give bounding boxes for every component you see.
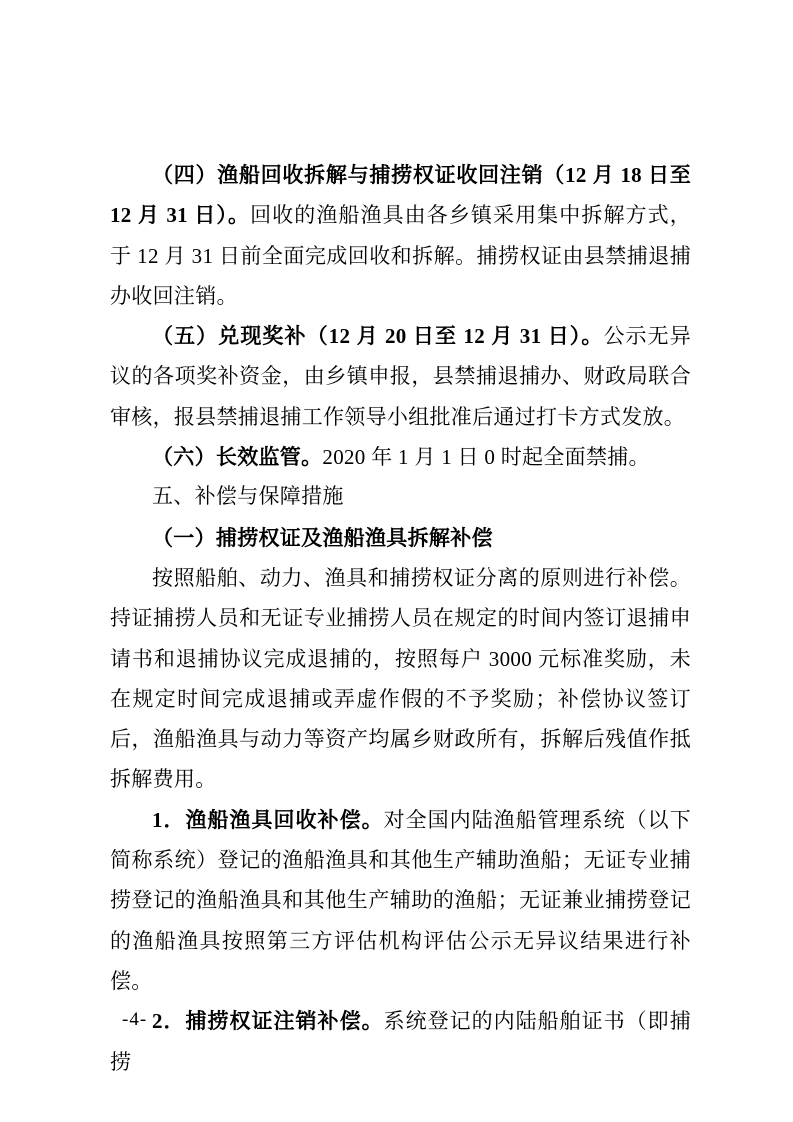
paragraph-item-6-long-term-supervision: （六）长效监管。2020 年 1 月 1 日 0 时起全面禁捕。 (110, 437, 691, 477)
paragraph-item-2-license-cancellation-compensation: 2．捕捞权证注销补偿。系统登记的内陆船舶证书（即捕捞 (110, 1001, 691, 1082)
page-number: -4- (122, 1008, 147, 1032)
paragraph-text: 对全国内陆渔船管理系统（以下简称系统）登记的渔船渔具和其他生产辅助渔船；无证专业… (110, 808, 691, 993)
paragraph-item-1-vessel-recovery-compensation: 1．渔船渔具回收补偿。对全国内陆渔船管理系统（以下简称系统）登记的渔船渔具和其他… (110, 800, 691, 1001)
subsection-heading-1-dismantle-compensation: （一）捕捞权证及渔船渔具拆解补偿 (110, 518, 691, 558)
paragraph-text: 2020 年 1 月 1 日 0 时起全面禁捕。 (322, 445, 649, 469)
paragraph-lead-bold: （五）兑现奖补（12 月 20 日至 12 月 31 日）。 (152, 324, 603, 348)
paragraph-item-5-reward-payment: （五）兑现奖补（12 月 20 日至 12 月 31 日）。公示无异议的各项奖补… (110, 316, 691, 437)
document-body: （四）渔船回收拆解与捕捞权证收回注销（12 月 18 日至 12 月 31 日）… (110, 155, 691, 1082)
paragraph-text: 按照船舶、动力、渔具和捕捞权证分离的原则进行补偿。持证捕捞人员和无证专业捕捞人员… (110, 566, 691, 791)
paragraph-lead-bold: （六）长效监管。 (152, 445, 322, 469)
paragraph-item-4-recycle-dismantle: （四）渔船回收拆解与捕捞权证收回注销（12 月 18 日至 12 月 31 日）… (110, 155, 691, 316)
document-page: （四）渔船回收拆解与捕捞权证收回注销（12 月 18 日至 12 月 31 日）… (0, 0, 793, 1122)
section-heading-5-compensation-measures: 五、补偿与保障措施 (110, 477, 691, 517)
paragraph-lead-bold: 2．捕捞权证注销补偿。 (152, 1009, 384, 1033)
paragraph-lead-bold: 1．渔船渔具回收补偿。 (152, 808, 384, 832)
paragraph-compensation-principle: 按照船舶、动力、渔具和捕捞权证分离的原则进行补偿。持证捕捞人员和无证专业捕捞人员… (110, 558, 691, 800)
